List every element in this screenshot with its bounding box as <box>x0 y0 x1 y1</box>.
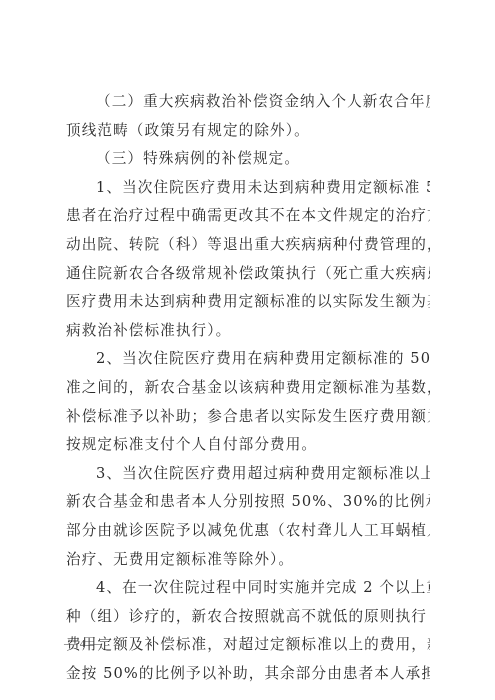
paragraph-line: 患者在治疗过程中确需更改其不在本文件规定的治疗方法、自 <box>66 202 430 231</box>
paragraph-line: 准之间的，新农合基金以该病种费用定额标准为基数，按规定 <box>66 374 430 403</box>
paragraph-line: 3、当次住院医疗费用超过病种费用定额标准以上的费用， <box>66 460 430 489</box>
paragraph-line: 种（组）诊疗的，新农合按照就高不就低的原则执行 1 个病种 <box>66 603 430 632</box>
page-number: — 4 — <box>64 638 102 650</box>
document-body: （二）重大疾病救治补偿资金纳入个人新农合年度最高封 顶线范畴（政策另有规定的除外… <box>66 88 430 688</box>
paragraph-line: 医疗费用未达到病种费用定额标准的以实际发生额为基数按大 <box>66 288 430 317</box>
paragraph-line: 补偿标准予以补助；参合患者以实际发生医疗费用额为基数， <box>66 403 430 432</box>
document-page: （二）重大疾病救治补偿资金纳入个人新农合年度最高封 顶线范畴（政策另有规定的除外… <box>0 0 495 700</box>
paragraph-line: 费用定额及补偿标准，对超过定额标准以上的费用，新农合基 <box>66 631 430 660</box>
paragraph-line: 4、在一次住院过程中同时实施并完成 2 个以上重大疾病病 <box>66 574 430 603</box>
paragraph-line: 部分由就诊医院予以减免优惠（农村聋儿人工耳蜗植入抢救性 <box>66 517 430 546</box>
paragraph-line: 按规定标准支付个人自付部分费用。 <box>66 431 430 460</box>
paragraph-line: 治疗、无费用定额标准等除外）。 <box>66 546 430 575</box>
paragraph-line: （二）重大疾病救治补偿资金纳入个人新农合年度最高封 <box>66 88 430 117</box>
paragraph-line: 病救治补偿标准执行）。 <box>66 317 430 346</box>
section-heading: （三）特殊病例的补偿规定。 <box>66 145 430 174</box>
paragraph-line: 新农合基金和患者本人分别按照 50%、30%的比例承担，其余 <box>66 488 430 517</box>
paragraph-line: 2、当次住院医疗费用在病种费用定额标准的 50%至定额标 <box>66 345 430 374</box>
paragraph-line: 顶线范畴（政策另有规定的除外）。 <box>66 117 430 146</box>
paragraph-line: 通住院新农合各级常规补偿政策执行（死亡重大疾病患者住院 <box>66 260 430 289</box>
paragraph-line: 1、当次住院医疗费用未达到病种费用定额标准 50%的，或 <box>66 174 430 203</box>
paragraph-line: 动出院、转院（科）等退出重大疾病病种付费管理的，均按普 <box>66 231 430 260</box>
paragraph-line: 金按 50%的比例予以补助，其余部分由患者本人承担。 <box>66 660 430 689</box>
